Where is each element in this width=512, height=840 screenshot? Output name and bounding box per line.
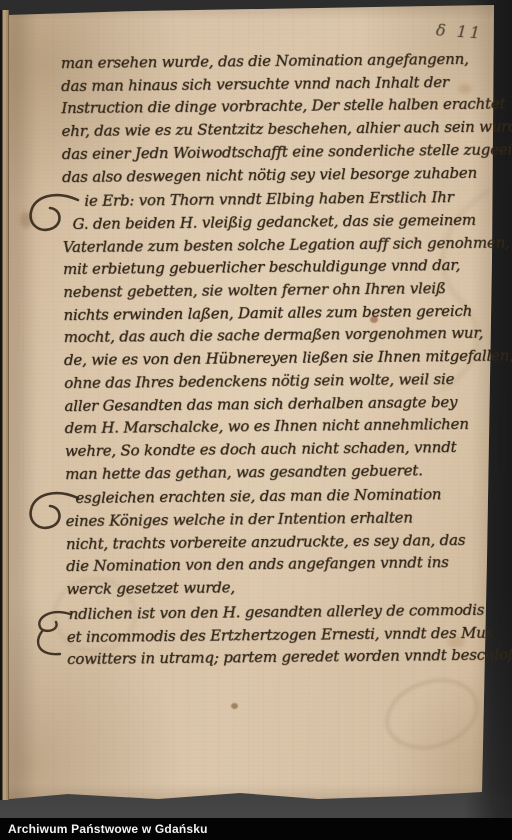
manuscript-text-block: man ersehen wurde, das die Nomination an… (43, 48, 485, 672)
folio-number: δ 11 (435, 20, 483, 42)
manuscript-line: das also deswegen nicht nötig sey viel b… (44, 161, 480, 188)
archive-watermark-bar: Archiwum Państwowe w Gdańsku (0, 818, 512, 840)
manuscript-line: cowitters in utramq; partem geredet word… (49, 644, 485, 671)
book-leaf-edges (0, 10, 9, 800)
archive-scan-viewport: δ 11 man ersehen wurde, das die Nominati… (0, 0, 512, 840)
manuscript-line: man hette das gethan, was gesandten gebu… (47, 458, 483, 485)
archive-name-label: Archiwum Państwowe w Gdańsku (0, 822, 208, 836)
manuscript-line: werck gesetzet wurde, (48, 574, 484, 601)
